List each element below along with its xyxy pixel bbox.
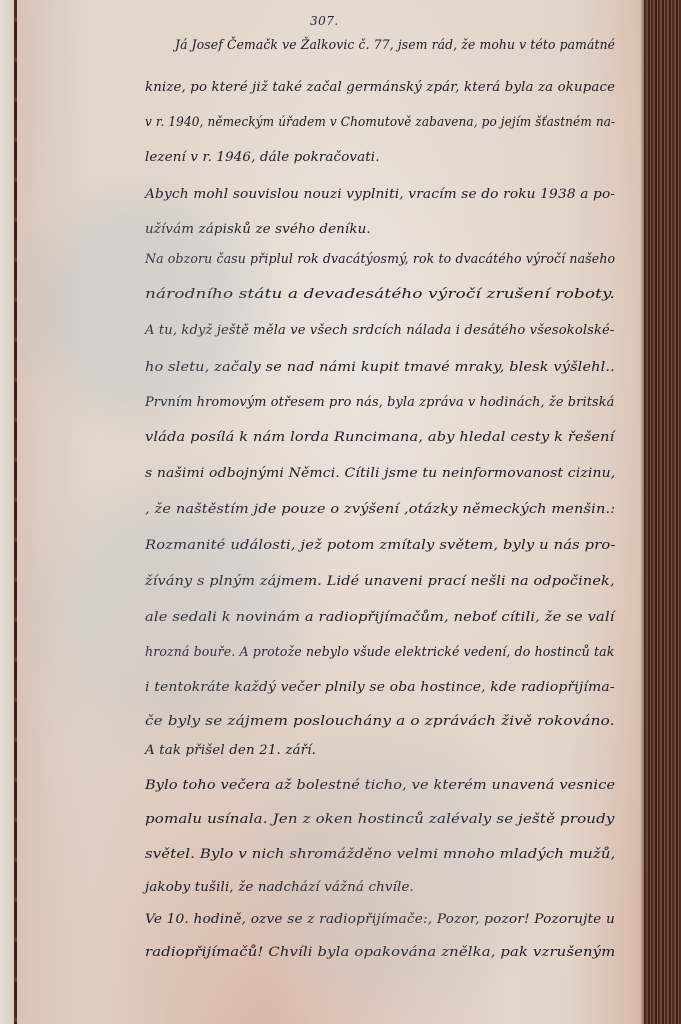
book-binding-gutter — [14, 0, 17, 1024]
text-line: Abych mohl souvislou nouzi vyplniti, vra… — [145, 187, 615, 202]
chronicle-page: 307. Já Josef Čemačk ve Žalkovic č. 77, … — [17, 0, 644, 1024]
text-line: knize, po které již také začal germánský… — [145, 80, 615, 95]
text-line: užívám zápisků ze svého deníku. — [145, 222, 371, 237]
text-line: ale sedali k novinám a radiopřijímačům, … — [145, 610, 615, 625]
text-line: , že naštěstím jde pouze o zvýšení ,otáz… — [145, 502, 615, 517]
page-block-edge — [644, 0, 681, 1024]
text-line: i tentokráte každý večer plnily se oba h… — [145, 680, 615, 695]
text-line: A tak přišel den 21. září. — [145, 743, 316, 758]
text-line: národního státu a devadesátého výročí zr… — [145, 287, 615, 302]
text-line: jakoby tušili, že nadchází vážná chvíle. — [145, 880, 414, 895]
text-line: če byly se zájmem poslouchány a o zprává… — [145, 714, 615, 729]
text-line: lezení v r. 1946, dále pokračovati. — [145, 150, 380, 165]
text-line: Na obzoru času připlul rok dvacátýosmý, … — [145, 252, 615, 267]
text-line: ho sletu, začaly se nad námi kupit tmavé… — [145, 360, 615, 375]
text-line: žívány s plným zájmem. Lidé unaveni prac… — [145, 574, 615, 589]
text-line: Prvním hromovým otřesem pro nás, byla zp… — [145, 395, 614, 410]
text-line: s našimi odbojnými Němci. Cítili jsme tu… — [145, 466, 615, 481]
book-photo: 307. Já Josef Čemačk ve Žalkovic č. 77, … — [0, 0, 681, 1024]
text-line: A tu, když ještě měla ve všech srdcích n… — [145, 323, 614, 338]
text-line: světel. Bylo v nich shromážděno velmi mn… — [145, 847, 615, 862]
text-line: pomalu usínala. Jen z oken hostinců zalé… — [145, 812, 615, 827]
text-line: vláda posílá k nám lorda Runcimana, aby … — [145, 430, 614, 445]
page-number: 307. — [310, 14, 339, 28]
text-line: Ve 10. hodině, ozve se z radiopřijímače:… — [145, 912, 615, 927]
text-line: v r. 1940, německým úřadem v Chomutově z… — [145, 115, 615, 130]
text-line: radiopřijímačů! Chvíli byla opakována zn… — [145, 945, 615, 960]
text-line: Já Josef Čemačk ve Žalkovic č. 77, jsem … — [175, 38, 615, 53]
text-line: hrozná bouře. A protože nebylo všude ele… — [145, 645, 614, 660]
text-line: Bylo toho večera až bolestné ticho, ve k… — [145, 778, 615, 793]
text-line: Rozmanité události, jež potom zmítaly sv… — [145, 538, 616, 553]
